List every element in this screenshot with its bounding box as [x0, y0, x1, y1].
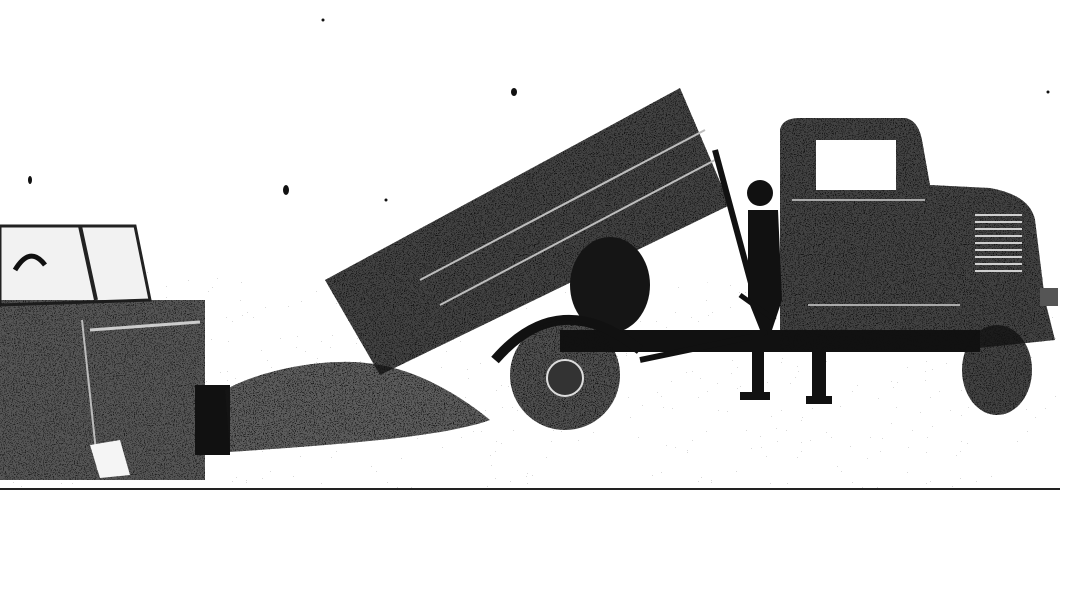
- front-wheel: [962, 325, 1032, 415]
- photo-scene: [0, 0, 1067, 600]
- cab-window: [816, 140, 896, 190]
